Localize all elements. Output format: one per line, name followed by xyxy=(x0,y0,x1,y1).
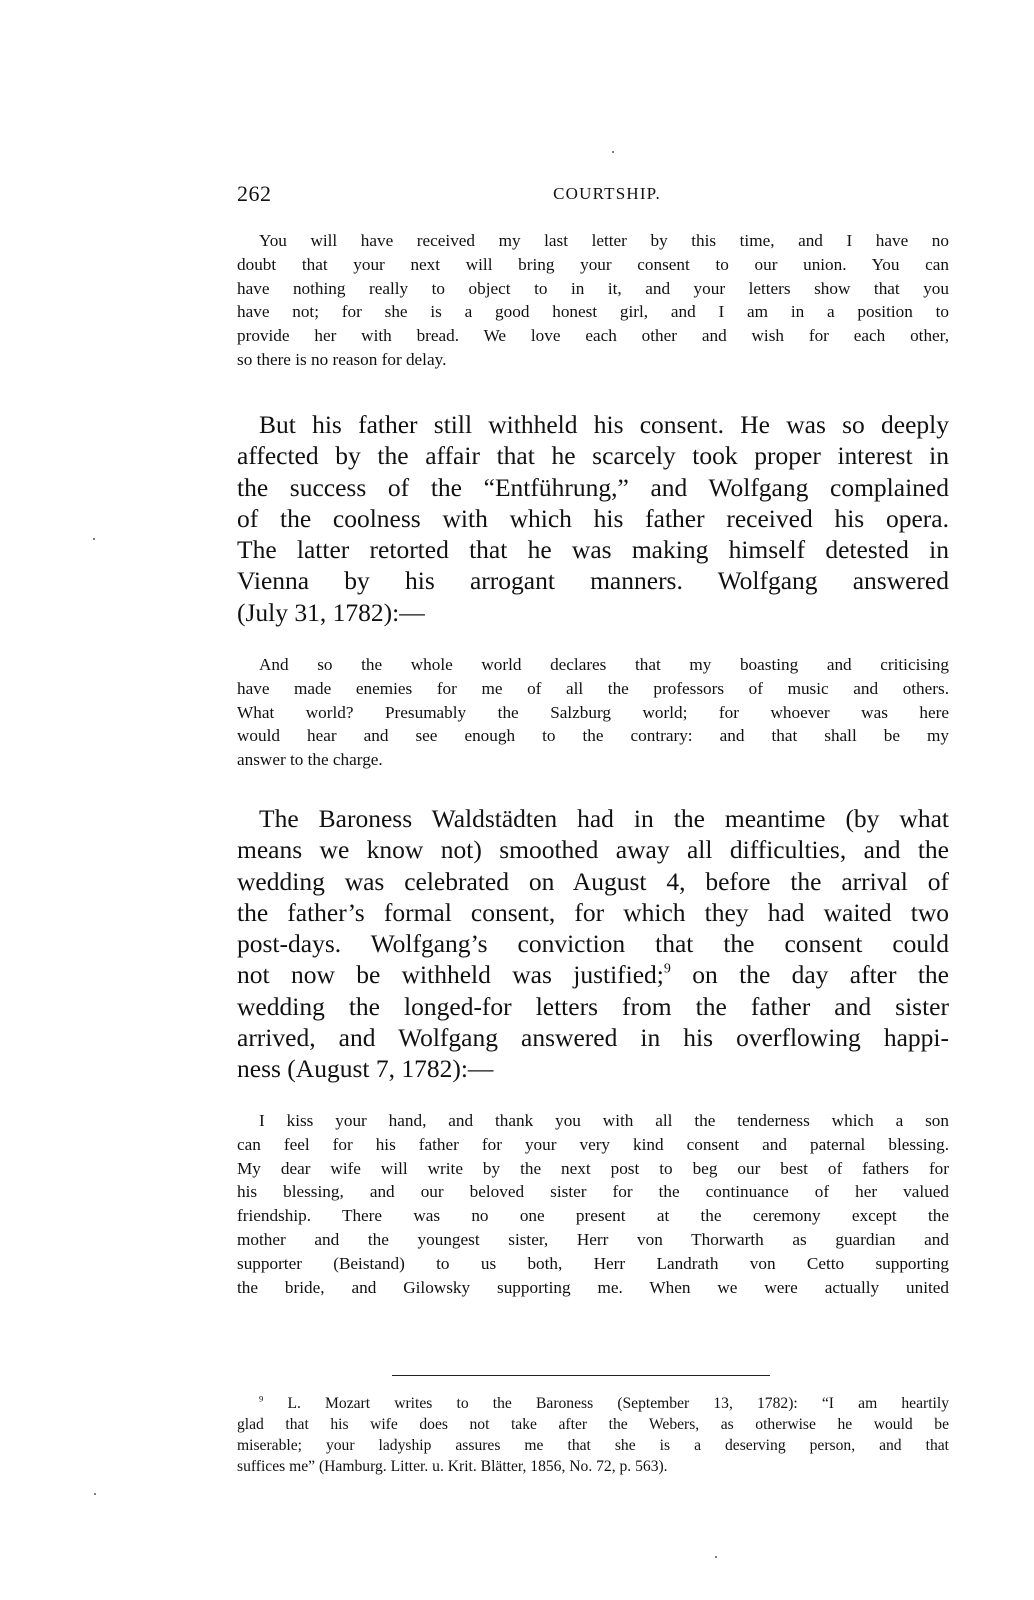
letter-quote-1: You will have received my last letter by… xyxy=(237,229,949,372)
footnote-line: miserable; your ladyship assures me that… xyxy=(237,1435,949,1456)
body-line-text: on the day after the xyxy=(671,960,949,989)
quote-line: have nothing really to object to in it, … xyxy=(237,277,949,301)
body-line: arrived, and Wolfgang answered in his ov… xyxy=(237,1022,949,1053)
quote-line: supporter (Beistand) to us both, Herr La… xyxy=(237,1252,949,1276)
footnote-separator-rule xyxy=(392,1375,770,1376)
body-line: the success of the “Entführung,” and Wol… xyxy=(237,472,949,503)
body-paragraph-2: The Baroness Waldstädten had in the mean… xyxy=(237,803,949,1085)
body-line: But his father still withheld his consen… xyxy=(237,409,949,440)
scan-speck xyxy=(94,1493,96,1495)
quote-line: so there is no reason for delay. xyxy=(237,348,949,372)
body-line: The Baroness Waldstädten had in the mean… xyxy=(237,803,949,834)
scan-speck xyxy=(612,151,614,153)
footnote-line: suffices me” (Hamburg. Litter. u. Krit. … xyxy=(237,1456,949,1477)
body-line: means we know not) smoothed away all dif… xyxy=(237,834,949,865)
quote-line: provide her with bread. We love each oth… xyxy=(237,324,949,348)
quote-line: I kiss your hand, and thank you with all… xyxy=(237,1109,949,1133)
body-line: of the coolness with which his father re… xyxy=(237,503,949,534)
body-line: affected by the affair that he scarcely … xyxy=(237,440,949,471)
book-page: 262 COURTSHIP. You will have received my… xyxy=(0,0,1034,1600)
footnote-line: glad that his wife does not take after t… xyxy=(237,1414,949,1435)
body-line: post-days. Wolfgang’s conviction that th… xyxy=(237,928,949,959)
body-line-text: not now be withheld was justified; xyxy=(237,960,664,989)
body-line: the father’s formal consent, for which t… xyxy=(237,897,949,928)
letter-quote-2: And so the whole world declares that my … xyxy=(237,653,949,772)
quote-line: What world? Presumably the Salzburg worl… xyxy=(237,701,949,725)
quote-line: answer to the charge. xyxy=(237,748,949,772)
quote-line: mother and the youngest sister, Herr von… xyxy=(237,1228,949,1252)
footnote-reference[interactable]: 9 xyxy=(664,962,671,977)
quote-line: the bride, and Gilowsky supporting me. W… xyxy=(237,1276,949,1300)
body-line: wedding was celebrated on August 4, befo… xyxy=(237,866,949,897)
quote-line: And so the whole world declares that my … xyxy=(237,653,949,677)
quote-line: would hear and see enough to the contrar… xyxy=(237,724,949,748)
quote-line: My dear wife will write by the next post… xyxy=(237,1157,949,1181)
body-line-with-footnote: not now be withheld was justified;9 on t… xyxy=(237,959,949,990)
quote-line: doubt that your next will bring your con… xyxy=(237,253,949,277)
footnote-line-text: L. Mozart writes to the Baroness (Septem… xyxy=(263,1395,949,1412)
quote-line: friendship. There was no one present at … xyxy=(237,1204,949,1228)
body-line: Vienna by his arrogant manners. Wolfgang… xyxy=(237,565,949,596)
body-line: The latter retorted that he was making h… xyxy=(237,534,949,565)
body-paragraph-1: But his father still withheld his consen… xyxy=(237,409,949,628)
footnote-9: 9 L. Mozart writes to the Baroness (Sept… xyxy=(237,1393,949,1477)
page-header: 262 COURTSHIP. xyxy=(237,181,953,207)
body-line: ness (August 7, 1782):— xyxy=(237,1053,949,1084)
quote-line: can feel for his father for your very ki… xyxy=(237,1133,949,1157)
quote-line: You will have received my last letter by… xyxy=(237,229,949,253)
quote-line: have not; for she is a good honest girl,… xyxy=(237,300,949,324)
body-line: (July 31, 1782):— xyxy=(237,597,949,628)
body-line: wedding the longed-for letters from the … xyxy=(237,991,949,1022)
scan-speck xyxy=(93,538,95,540)
running-head: COURTSHIP. xyxy=(237,184,977,204)
quote-line: his blessing, and our beloved sister for… xyxy=(237,1180,949,1204)
footnote-line: 9 L. Mozart writes to the Baroness (Sept… xyxy=(237,1393,949,1414)
letter-quote-3: I kiss your hand, and thank you with all… xyxy=(237,1109,949,1299)
quote-line: have made enemies for me of all the prof… xyxy=(237,677,949,701)
scan-speck xyxy=(715,1556,717,1558)
